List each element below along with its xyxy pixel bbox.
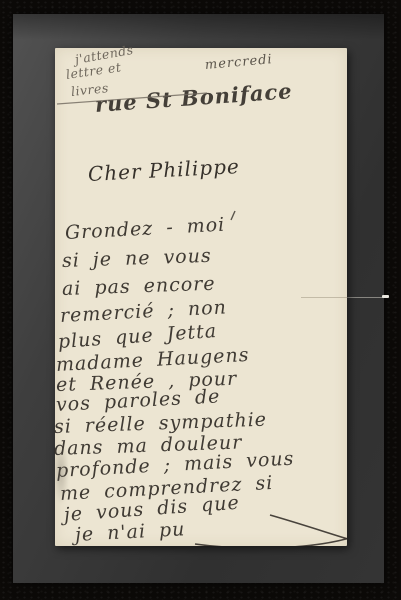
photo-of-letter: { "document": { "kind": "handwritten-let…	[0, 0, 401, 600]
address-line: rue St Boniface	[94, 78, 293, 117]
body-line: je n'ai pu	[74, 518, 185, 546]
paper-fold-shadow	[301, 297, 347, 298]
day-note: mercredi	[204, 52, 273, 73]
letter-paper: j'attends lettre et livres mercredi rue …	[55, 48, 347, 546]
body-line: Grondez - moi	[64, 214, 225, 244]
body-line: ai pas encore	[62, 273, 216, 300]
pencil-note-line: lettre et	[65, 59, 122, 82]
salutation: Cher Philippe	[87, 154, 240, 186]
body-line: si je ne vous	[62, 245, 212, 272]
crease-highlight	[382, 295, 389, 298]
ink-smudge	[53, 441, 69, 505]
